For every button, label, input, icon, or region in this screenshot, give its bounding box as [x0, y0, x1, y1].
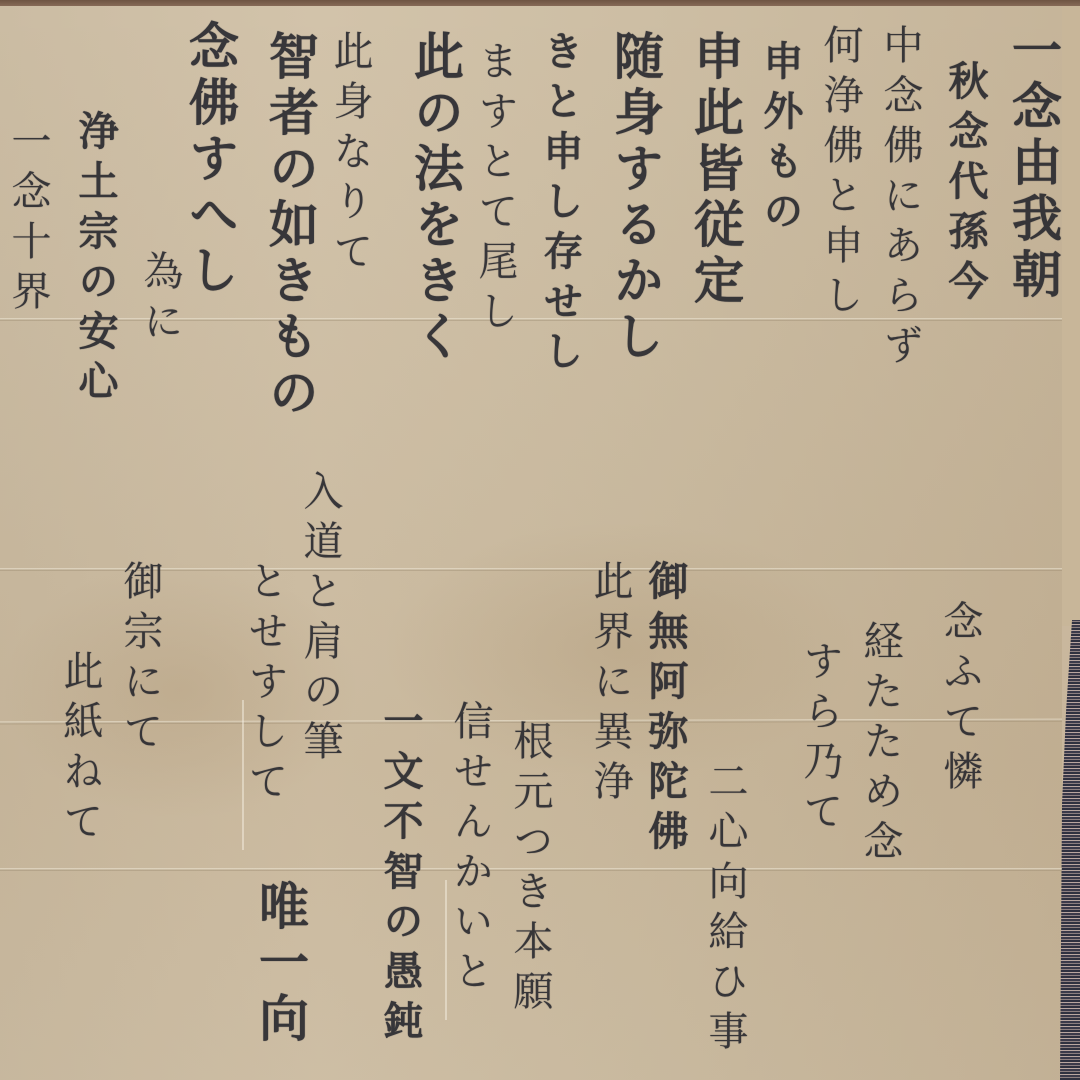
- text-column: ますとて尾し: [475, 40, 515, 340]
- text-column: 一文不智の愚鈍: [380, 700, 420, 1050]
- text-column: きと申し存せし: [540, 30, 580, 380]
- text-column: 信せんかいと: [450, 700, 490, 1000]
- text-column: 唯一向: [255, 880, 305, 1048]
- text-column: 随身するかし: [610, 30, 660, 366]
- text-column: 一念十界: [8, 120, 48, 320]
- text-column: 二心向給ひ事: [705, 760, 745, 1060]
- text-column: 御宗にて: [120, 560, 160, 760]
- text-column: 経たため念: [860, 620, 900, 870]
- text-column: 申此皆従定: [690, 30, 740, 310]
- text-column: 中念佛にあらず: [880, 24, 920, 374]
- text-column: 此界に異浄: [590, 560, 630, 810]
- text-column: 根元つき本願: [510, 720, 550, 1020]
- text-column: すら乃て: [800, 640, 840, 840]
- brocade-mounting-strip: [1060, 620, 1080, 1080]
- text-column: 此身なりて: [330, 30, 370, 280]
- text-column: 浄土宗の安心: [75, 110, 115, 410]
- text-column: 智者の如きもの: [265, 30, 315, 422]
- text-column: 為に: [140, 250, 180, 350]
- text-column: 念佛すへし: [185, 20, 235, 300]
- text-column: 一念由我朝: [1008, 24, 1058, 304]
- text-column: 秋念代孫今: [945, 60, 985, 310]
- text-column: 此紙ねて: [60, 650, 100, 850]
- text-column: 念ふて憐: [940, 600, 980, 800]
- text-column: 入道と肩の筆: [300, 470, 340, 770]
- text-column: 申外もの: [760, 40, 800, 240]
- text-column: 何浄佛と申し: [820, 24, 860, 324]
- paper-right-edge: [1062, 6, 1080, 626]
- text-column: 此の法をきく: [410, 30, 460, 366]
- text-column: とせすして: [245, 560, 285, 810]
- text-column: 御無阿弥陀佛: [645, 560, 685, 860]
